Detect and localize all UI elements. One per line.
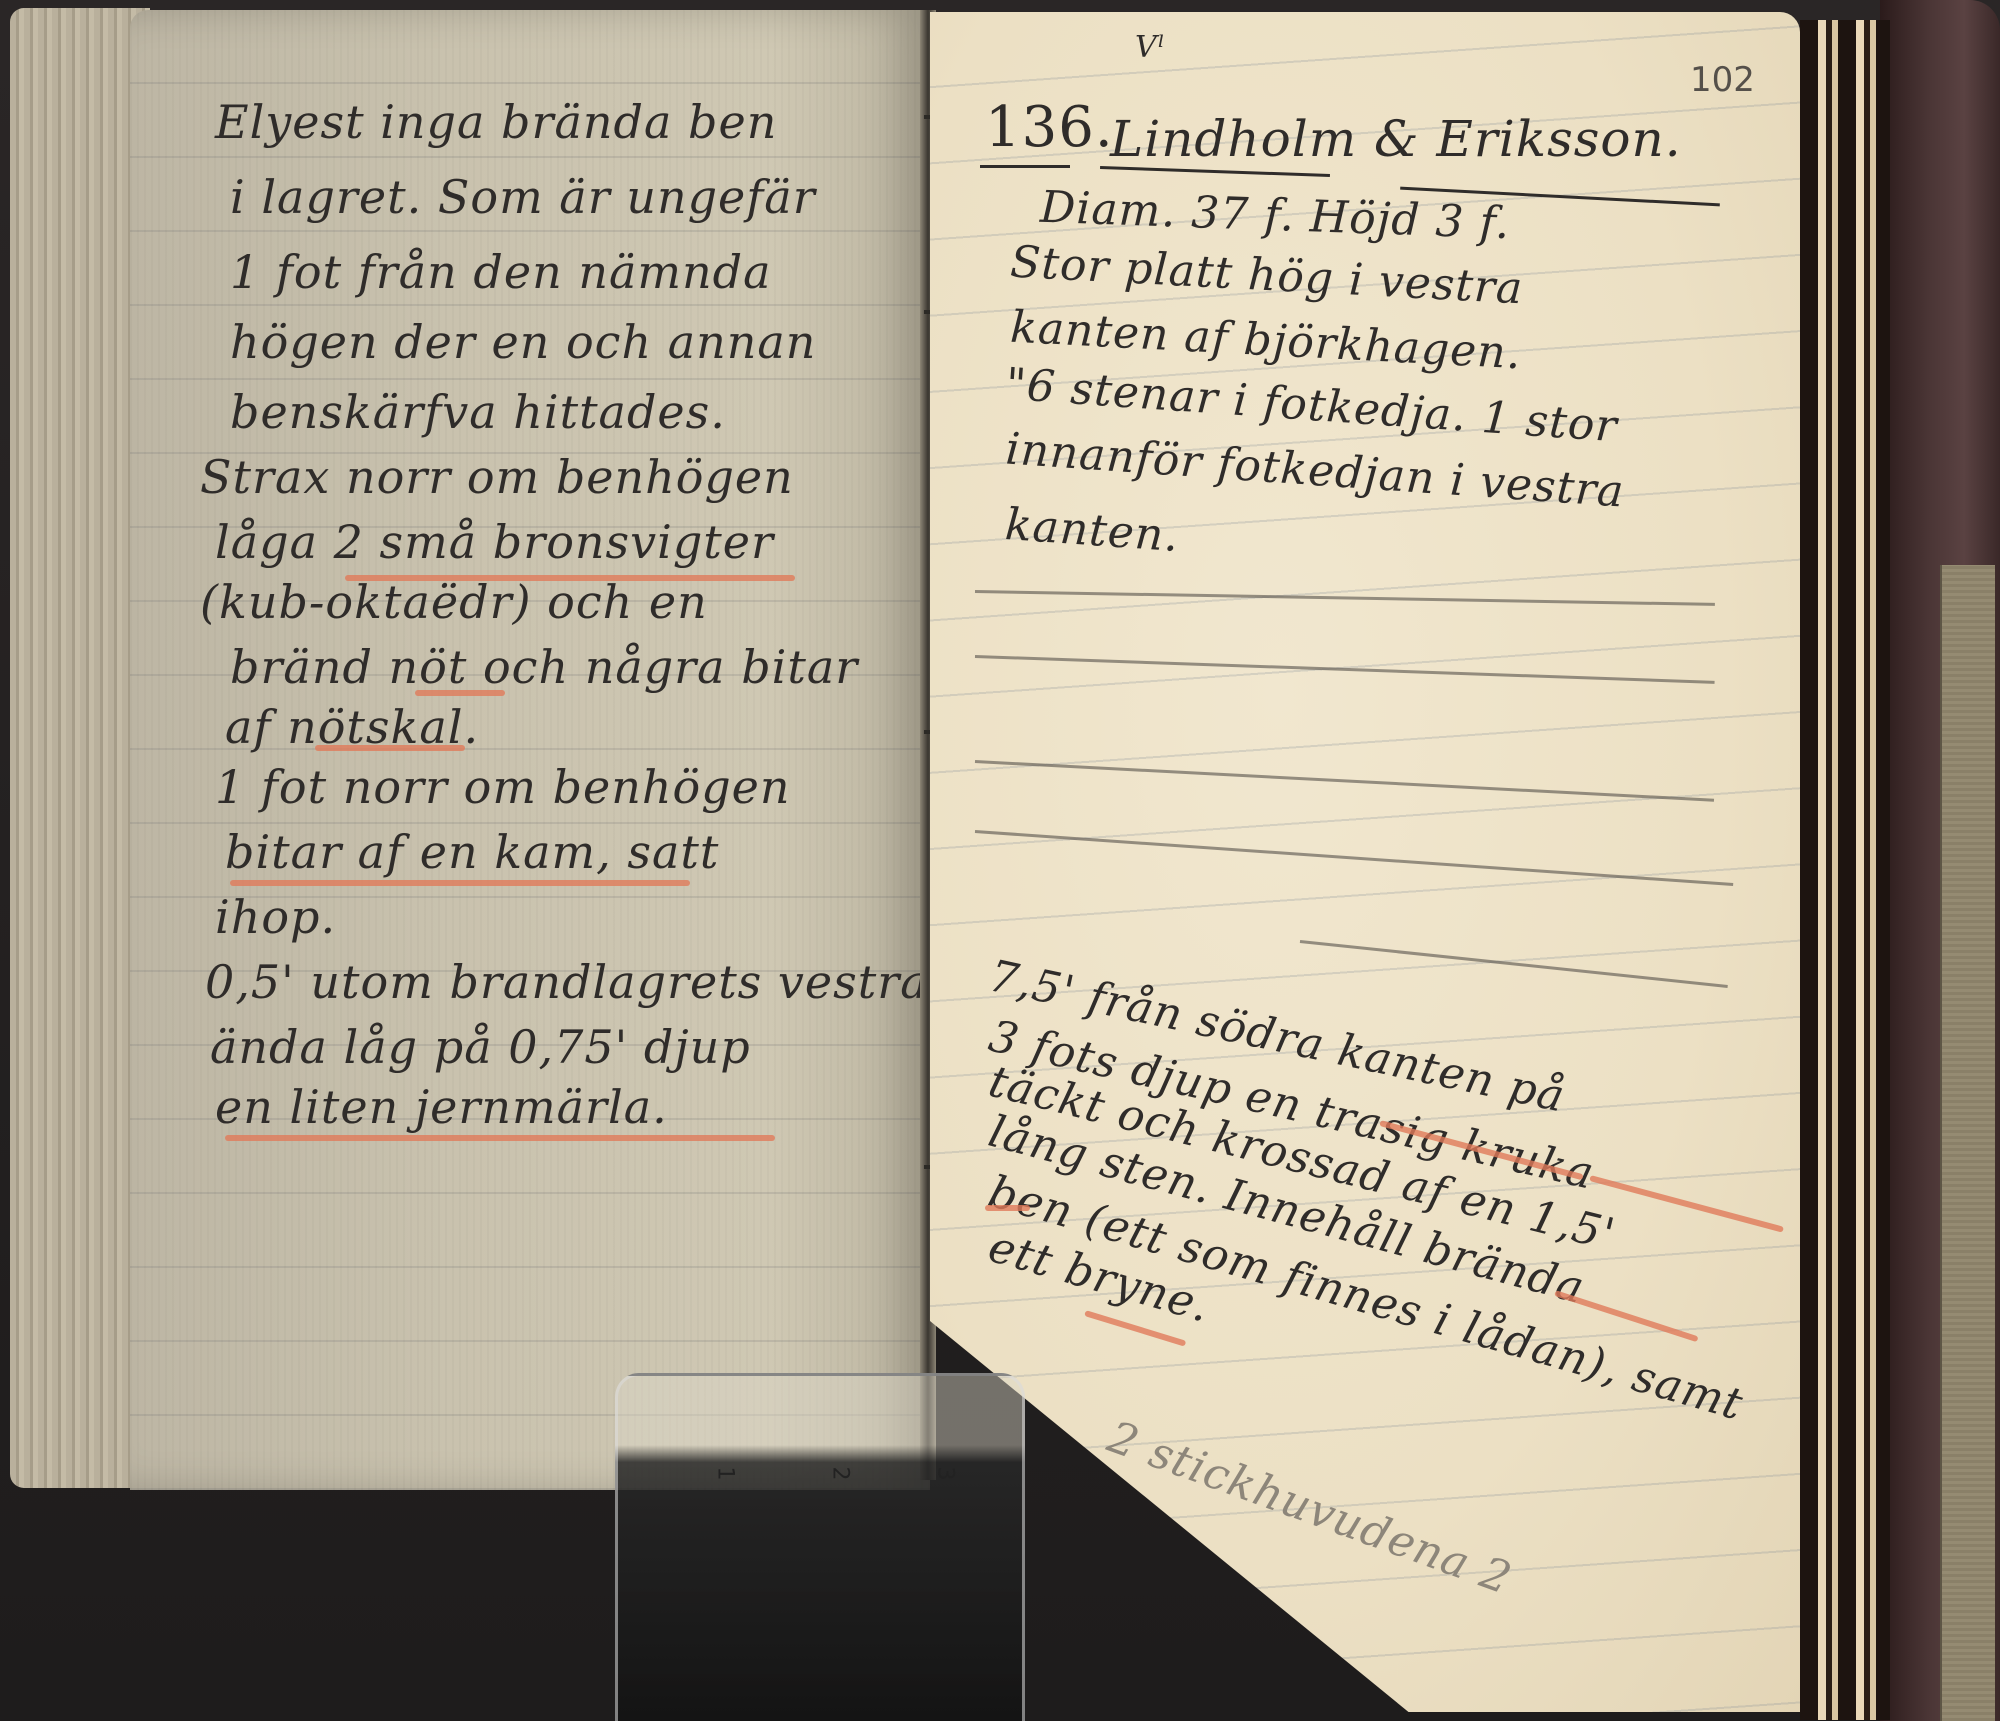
- red-underline: [985, 1205, 1030, 1211]
- entry-number: 136.: [985, 95, 1114, 160]
- left-page-stack: [10, 8, 150, 1488]
- glass-ruler: 1 2 3: [615, 1373, 1025, 1721]
- entry-title: Lindholm & Eriksson.: [1110, 110, 1682, 168]
- text-line: ihop.: [215, 890, 336, 944]
- text-line: benskärfva hittades.: [230, 385, 726, 439]
- ruler-tick-label: 3: [933, 1467, 958, 1481]
- text-line: en liten jernmärla.: [215, 1080, 668, 1134]
- text-line: bitar af en kam, satt: [225, 825, 719, 879]
- title-underline: [980, 165, 1070, 168]
- cloth-strap: [1940, 565, 1995, 1721]
- red-underline: [315, 745, 465, 751]
- red-underline: [225, 1135, 775, 1141]
- text-line: ända låg på 0,75' djup: [210, 1020, 751, 1074]
- text-line: Elyest inga brända ben: [215, 95, 777, 149]
- text-line: (kub-oktaëdr) och en: [200, 575, 708, 629]
- ruler-tick-label: 1: [713, 1467, 738, 1481]
- text-line: låga 2 små bronsvigter: [215, 515, 774, 569]
- red-underline: [230, 880, 690, 886]
- text-line: 0,5' utom brandlagrets vestra: [205, 955, 929, 1009]
- right-page-edges: [1800, 20, 1890, 1720]
- text-line: högen der en och annan: [230, 315, 816, 369]
- text-line: 1 fot norr om benhögen: [215, 760, 790, 814]
- text-line: bränd nöt och några bitar: [230, 640, 858, 694]
- text-line: i lagret. Som är ungefär: [230, 170, 816, 224]
- text-line: 1 fot från den nämnda: [230, 245, 772, 299]
- ruler-tick-label: 2: [828, 1467, 853, 1481]
- page-number: 102: [1690, 60, 1755, 100]
- red-underline: [415, 690, 505, 696]
- check-mark: Vˡ: [1135, 30, 1166, 65]
- text-line: Strax norr om benhögen: [200, 450, 794, 504]
- left-page: Elyest inga brända ben i lagret. Som är …: [130, 10, 930, 1490]
